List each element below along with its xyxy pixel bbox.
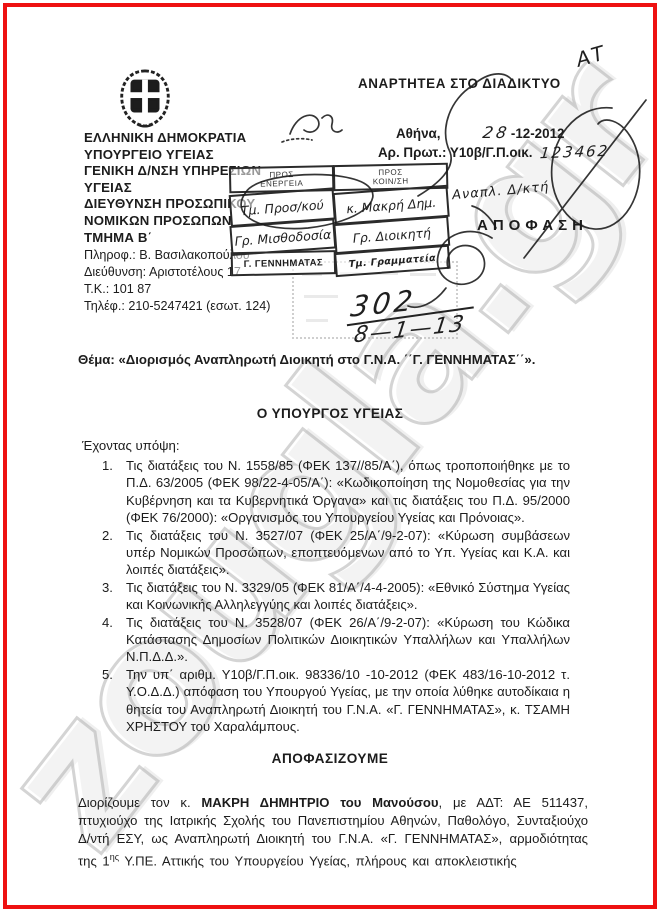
final-post: Υ.ΠΕ. Αττικής του Υπουργείου Υγείας, πλή… (119, 853, 517, 868)
protocol-line: Αρ. Πρωτ.: Υ10β/Γ.Π.οικ.123462 (378, 143, 610, 161)
list-item: 3. Τις διατάξεις του Ν. 3329/05 (ΦΕΚ 81/… (102, 579, 570, 614)
preamble: Έχοντας υπόψη: (82, 438, 180, 453)
protocol-label: Αρ. Πρωτ.: Υ10β/Γ.Π.οικ. (378, 145, 532, 160)
item-text: Τις διατάξεις του Ν. 3528/07 (ΦΕΚ 26/Α΄/… (126, 614, 570, 666)
considerations-list: 1. Τις διατάξεις του Ν. 1558/85 (ΦΕΚ 137… (102, 457, 570, 736)
list-item: 5. Την υπ΄ αριθμ. Υ10β/Γ.Π.οικ. 98336/10… (102, 666, 570, 736)
city-label: Αθήνα, (396, 126, 441, 141)
item-text: Την υπ΄ αριθμ. Υ10β/Γ.Π.οικ. 98336/10 -1… (126, 666, 570, 736)
item-number: 5. (102, 666, 126, 736)
appointment-paragraph: Διορίζουμε τον κ. ΜΑΚΡΗ ΔΗΜΗΤΡΙΟ του Μαν… (78, 794, 588, 870)
routing-header-text: ΕΝΕΡΓΕΙΑ (260, 179, 303, 189)
contact-line: Τηλέφ.: 210-5247421 (εσωτ. 124) (84, 298, 271, 315)
item-number: 1. (102, 457, 126, 527)
list-item: 1. Τις διατάξεις του Ν. 1558/85 (ΦΕΚ 137… (102, 457, 570, 527)
subject-text: «Διορισμός Αναπληρωτή Διοικητή στο Γ.Ν.Α… (118, 352, 535, 367)
posted-on-internet-label: ΑΝΑΡΤΗΤΕΑ ΣΤΟ ΔΙΑΔΙΚΤΥΟ (358, 76, 561, 91)
routing-stamp-table: ΠΡΟΣ ΕΝΕΡΓΕΙΑ ΠΡΟΣ ΚΟΙΝ/ΣΗ Τμ. Προσ/κού … (230, 164, 450, 277)
list-item: 4. Τις διατάξεις του Ν. 3528/07 (ΦΕΚ 26/… (102, 614, 570, 666)
routing-header-text: ΚΟΙΝ/ΣΗ (373, 177, 409, 187)
item-number: 2. (102, 527, 126, 579)
document-page: zougla.gr ΕΛΛΗΝΙΚΗ ΔΗΜΟΚΡΑΤΙΑ ΥΠΟΥΡΓΕΙΟ … (0, 0, 660, 912)
appointee-name: ΜΑΚΡΗ ΔΗΜΗΤΡΙΟ του Μανούσου (201, 795, 438, 810)
ordinal-suffix: ης (110, 852, 119, 862)
handwritten-day: 28 (481, 123, 511, 142)
org-line: ΕΛΛΗΝΙΚΗ ΔΗΜΟΚΡΑΤΙΑ (84, 130, 261, 147)
list-item: 2. Τις διατάξεις του Ν. 3527/07 (ΦΕΚ 25/… (102, 527, 570, 579)
subject-label: Θέμα: (78, 352, 115, 367)
org-line: ΥΠΟΥΡΓΕΙΟ ΥΓΕΙΑΣ (84, 147, 261, 164)
item-text: Τις διατάξεις του Ν. 3329/05 (ΦΕΚ 81/Α΄/… (126, 579, 570, 614)
minister-heading: Ο ΥΠΟΥΡΓΟΣ ΥΓΕΙΑΣ (80, 406, 580, 421)
handwritten-protocol-number: 123462 (539, 142, 610, 162)
handwritten-initials: ΑΤ (573, 40, 608, 71)
item-number: 3. (102, 579, 126, 614)
item-number: 4. (102, 614, 126, 666)
subject-line: Θέμα: «Διορισμός Αναπληρωτή Διοικητή στο… (78, 352, 590, 367)
decide-heading: ΑΠΟΦΑΣΙΖΟΥΜΕ (80, 751, 580, 766)
contact-line: Τ.Κ.: 101 87 (84, 281, 271, 298)
decision-label: ΑΠΟΦΑΣΗ (477, 217, 588, 234)
handwritten-margin-note: Αναπλ. Δ/κτή (452, 180, 550, 203)
item-text: Τις διατάξεις του Ν. 3527/07 (ΦΕΚ 25/Α΄/… (126, 527, 570, 579)
date-printed: -12-2012 (511, 126, 565, 141)
date-line: Αθήνα,28-12-2012 (396, 123, 564, 142)
item-text: Τις διατάξεις του Ν. 1558/85 (ΦΕΚ 137//8… (126, 457, 570, 527)
hellenic-republic-emblem-icon (116, 68, 174, 130)
final-pre: Διορίζουμε τον κ. (78, 795, 201, 810)
